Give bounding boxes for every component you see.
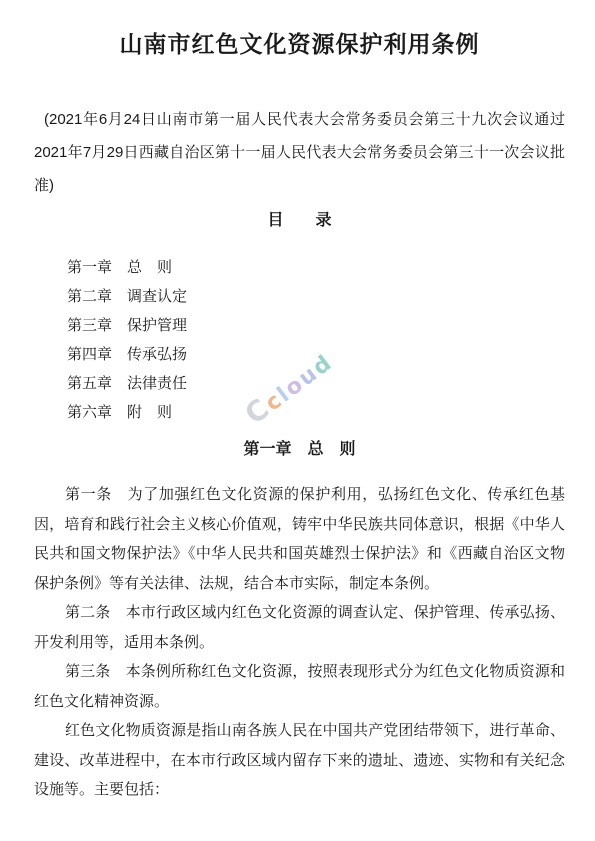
toc-item-chapter-4: 第四章 传承弘扬 — [67, 340, 565, 369]
article-1-paragraph: 第一条 为了加强红色文化资源的保护利用，弘扬红色文化、传承红色基因，培育和践行社… — [34, 480, 565, 598]
chapter-1-heading: 第一章 总 则 — [34, 440, 565, 460]
preamble: (2021年6月24日山南市第一届人民代表大会常务委员会第三十九次会议通过 20… — [34, 103, 565, 202]
chapter-1-body: 第一条 为了加强红色文化资源的保护利用，弘扬红色文化、传承红色基因，培育和践行社… — [34, 480, 565, 805]
toc-heading: 目 录 — [34, 211, 565, 231]
red-material-resources-paragraph: 红色文化物质资源是指山南各族人民在中国共产党团结带领下，进行革命、建设、改革进程… — [34, 716, 565, 805]
document-title: 山南市红色文化资源保护利用条例 — [34, 30, 565, 60]
document-page: 山南市红色文化资源保护利用条例 (2021年6月24日山南市第一届人民代表大会常… — [0, 0, 595, 841]
toc-list: 第一章 总 则 第二章 调查认定 第三章 保护管理 第四章 传承弘扬 第五章 法… — [34, 253, 565, 427]
article-3-paragraph: 第三条 本条例所称红色文化资源，按照表现形式分为红色文化物质资源和红色文化精神资… — [34, 657, 565, 716]
article-2-paragraph: 第二条 本市行政区域内红色文化资源的调查认定、保护管理、传承弘扬、开发利用等，适… — [34, 598, 565, 657]
toc-item-chapter-6: 第六章 附 则 — [67, 398, 565, 427]
toc-item-chapter-1: 第一章 总 则 — [67, 253, 565, 282]
toc-item-chapter-3: 第三章 保护管理 — [67, 311, 565, 340]
toc-item-chapter-2: 第二章 调查认定 — [67, 282, 565, 311]
toc-item-chapter-5: 第五章 法律责任 — [67, 369, 565, 398]
